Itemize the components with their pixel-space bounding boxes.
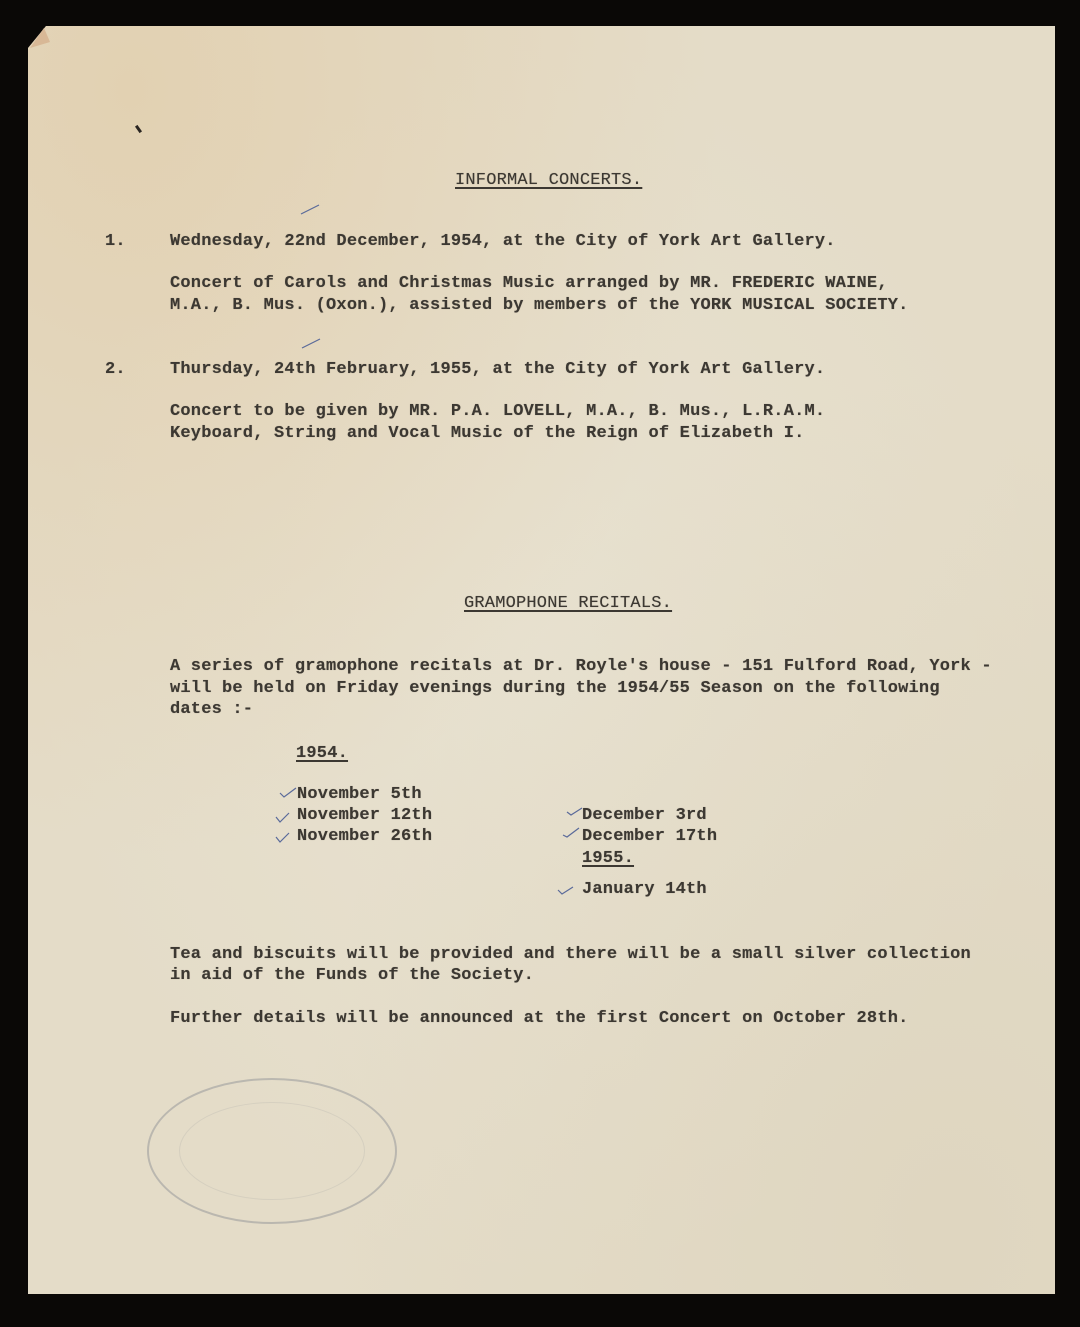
- pencil-tick-icon: [562, 827, 578, 837]
- further-details-line: Further details will be announced at the…: [170, 1008, 909, 1030]
- date-november-5: November 5th: [297, 784, 422, 806]
- informal-concerts-heading: INFORMAL CONCERTS.: [455, 170, 642, 192]
- pencil-tick-icon: [275, 812, 291, 822]
- gramophone-recitals-heading: GRAMOPHONE RECITALS.: [464, 593, 672, 615]
- year-1955-heading: 1955.: [582, 848, 634, 870]
- intro-line-3: dates :-: [170, 699, 253, 721]
- item-1-date-line: Wednesday, 22nd December, 1954, at the C…: [170, 231, 836, 253]
- date-january-14: January 14th: [582, 879, 707, 901]
- item-2-description-line-2: Keyboard, String and Vocal Music of the …: [170, 423, 805, 445]
- library-stamp: [147, 1078, 397, 1224]
- closing-line-2: in aid of the Funds of the Society.: [170, 965, 534, 987]
- date-december-17: December 17th: [582, 826, 717, 848]
- pencil-tick-icon: [301, 338, 317, 348]
- pencil-tick-icon: [275, 832, 291, 842]
- pencil-tick-icon: [300, 204, 316, 214]
- intro-line-2: will be held on Friday evenings during t…: [170, 678, 940, 700]
- date-november-26: November 26th: [297, 826, 432, 848]
- pencil-tick-icon: [557, 884, 573, 894]
- item-1-description-line-1: Concert of Carols and Christmas Music ar…: [170, 273, 888, 295]
- year-1954-heading: 1954.: [296, 743, 348, 765]
- library-stamp-inner-ring: [179, 1102, 365, 1200]
- intro-line-1: A series of gramophone recitals at Dr. R…: [170, 656, 992, 678]
- item-1-description-line-2: M.A., B. Mus. (Oxon.), assisted by membe…: [170, 295, 909, 317]
- pencil-tick-icon: [279, 787, 295, 797]
- date-december-3: December 3rd: [582, 805, 707, 827]
- item-2-description-line-1: Concert to be given by MR. P.A. LOVELL, …: [170, 401, 825, 423]
- closing-line-1: Tea and biscuits will be provided and th…: [170, 944, 971, 966]
- pencil-tick-icon: [566, 806, 582, 816]
- date-november-12: November 12th: [297, 805, 432, 827]
- item-1-number: 1.: [105, 231, 126, 253]
- item-2-date-line: Thursday, 24th February, 1955, at the Ci…: [170, 359, 825, 381]
- item-2-number: 2.: [105, 359, 126, 381]
